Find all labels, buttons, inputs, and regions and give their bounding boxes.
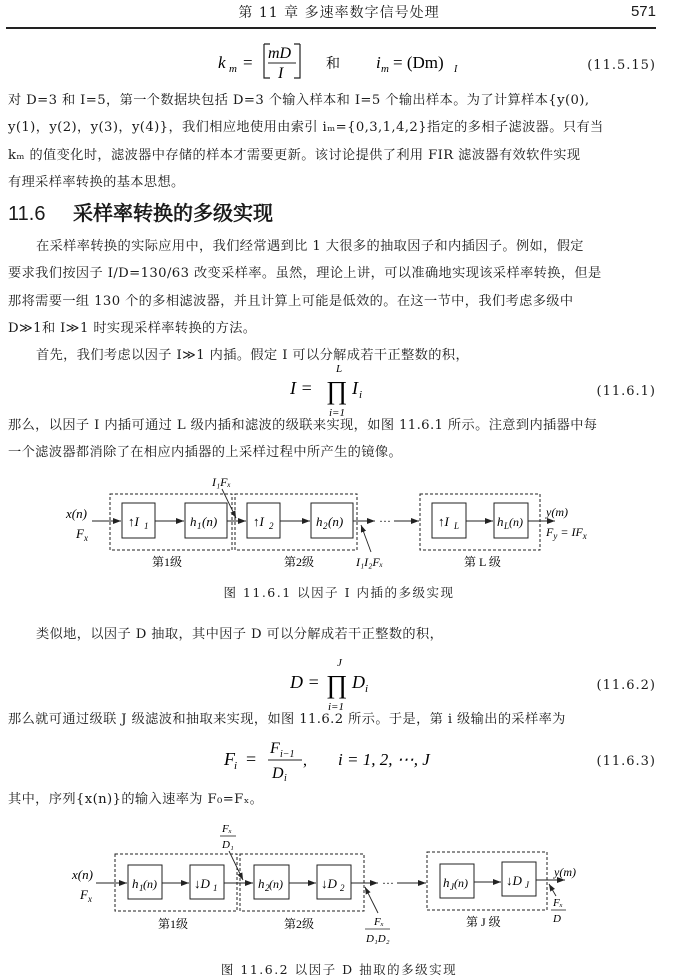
svg-text:(n): (n) <box>143 877 157 891</box>
svg-text:↓D: ↓D <box>506 873 523 888</box>
svg-text:I: I <box>453 64 458 75</box>
paragraph-intro-multistage: 在采样率转换的实际应用中，我们经常遇到比 1 大很多的抽取因子和内插因子。例如，… <box>8 233 656 342</box>
fig1-rate-after-stage1: I₁Fₓ <box>211 475 231 489</box>
svg-text:h: h <box>316 514 323 529</box>
svg-text:↓D: ↓D <box>321 876 338 891</box>
svg-text:h: h <box>258 876 265 891</box>
svg-text:↑I: ↑I <box>253 514 265 529</box>
fig1-stage1-label: 第1级 <box>152 555 182 569</box>
svg-text:(n): (n) <box>202 514 217 529</box>
equation-number-11-6-3: (11.6.3) <box>597 754 657 769</box>
svg-text:mD: mD <box>268 45 292 62</box>
svg-text:,: , <box>303 752 307 769</box>
svg-text:m: m <box>229 63 237 75</box>
fig1-ellipsis: ··· <box>379 514 391 528</box>
fig2-rate-after-stage2-num: Fₓ <box>373 916 384 928</box>
fig2-output-rate-den: D <box>552 913 561 925</box>
svg-text:(n): (n) <box>509 515 523 529</box>
svg-text:I =: I = <box>290 378 313 398</box>
svg-text:h: h <box>132 876 139 891</box>
fig2-stage1-label: 第1级 <box>158 917 188 931</box>
section-title: 采样率转换的多级实现 <box>73 201 273 225</box>
text-line: 一个滤波器都消除了在相应内插器的上采样过程中所产生的镜像。 <box>8 439 656 466</box>
figure-11-6-2-diagram: x(n) F x h 1 (n) ↓D 1 第1级 Fₓ D₁ h 2 (n) … <box>0 815 678 955</box>
fig2-rate-after-stage1-den: D₁ <box>221 839 234 851</box>
figure-11-6-1-caption: 图 11.6.1 以因子 I 内插的多级实现 <box>0 583 678 601</box>
fig2-output-rate-num: Fₓ <box>552 897 563 909</box>
svg-text:=: = <box>246 749 256 769</box>
paragraph-polyphase-indexing: 对 D=3 和 I=5，第一个数据块包括 D=3 个输入样本和 I=5 个输出样… <box>8 87 656 196</box>
svg-text:F: F <box>269 740 280 757</box>
text-line: 有理采样率转换的基本思想。 <box>8 169 656 196</box>
text-line: y(1)，y(2)，y(3)，y(4)}，我们相应地使用由索引 iₘ={0,3,… <box>8 114 656 141</box>
svg-text:h: h <box>443 875 450 890</box>
svg-text:h: h <box>497 514 504 529</box>
svg-text:= (Dm): = (Dm) <box>393 53 444 72</box>
fig2-input-label: x(n) <box>71 867 93 882</box>
svg-text:↑I: ↑I <box>128 514 140 529</box>
fig2-rate-after-stage1-num: Fₓ <box>221 823 232 835</box>
text-line: 那么就可通过级联 J 级滤波和抽取来实现，如图 11.6.2 所示。于是，第 i… <box>8 706 656 733</box>
fig2-output-label: y(m) <box>553 865 576 879</box>
text-line: 类似地，以因子 D 抽取，其中因子 D 可以分解成若干正整数的积， <box>8 621 656 648</box>
text-line: 其中，序列{x(n)}的输入速率为 F₀=Fₓ。 <box>8 786 656 813</box>
svg-text:i: i <box>284 773 287 784</box>
svg-text:k: k <box>218 53 226 72</box>
text-line: 在采样率转换的实际应用中，我们经常遇到比 1 大很多的抽取因子和内插因子。例如，… <box>8 233 656 260</box>
equation-number-11-5-15: (11.5.15) <box>587 58 656 73</box>
svg-text:1: 1 <box>213 883 218 893</box>
svg-text:i = 1, 2, ⋯, J: i = 1, 2, ⋯, J <box>338 750 431 769</box>
svg-text:(n): (n) <box>328 514 343 529</box>
equation-number-11-6-2: (11.6.2) <box>597 678 657 693</box>
svg-text:∏: ∏ <box>326 376 347 405</box>
svg-text:i−1: i−1 <box>280 749 295 760</box>
svg-text:m: m <box>381 63 389 75</box>
section-heading: 11.6 采样率转换的多级实现 <box>8 197 273 226</box>
equation-11-5-15-math: k m = mD I 和 i m = (Dm) I <box>200 38 500 90</box>
text-line: 那将需要一组 130 个的多相滤波器，并且计算上可能是低效的。在这一节中，我们考… <box>8 288 656 315</box>
svg-text:x: x <box>83 533 88 543</box>
svg-text:x: x <box>87 894 92 904</box>
header-rule <box>6 27 656 29</box>
fig2-stageJ-label: 第 J 级 <box>466 915 501 929</box>
fig1-stageL-label: 第 L 级 <box>464 555 501 569</box>
equation-number-11-6-1: (11.6.1) <box>597 384 657 399</box>
svg-text:2: 2 <box>269 521 274 531</box>
svg-text:i: i <box>359 389 362 401</box>
text-line: 对 D=3 和 I=5，第一个数据块包括 D=3 个输入样本和 I=5 个输出样… <box>8 87 656 114</box>
fig1-stage2-label: 第2级 <box>284 555 314 569</box>
fig1-rate-after-stage2: I₁I₂Fₓ <box>355 555 383 569</box>
section-number: 11.6 <box>8 203 45 225</box>
svg-text:∏: ∏ <box>326 670 347 699</box>
fig2-ellipsis: ··· <box>382 876 394 890</box>
fig1-input-label: x(n) <box>65 506 87 521</box>
fig2-rate-after-stage2-den: D₁D₂ <box>365 933 390 945</box>
running-header-chapter-title: 第 11 章 多速率数字信号处理 <box>0 2 678 22</box>
svg-text:D =: D = <box>290 672 320 692</box>
fig1-output-rate: Fy = IFx <box>545 525 587 541</box>
paragraph-interpolation-cascade: 那么，以因子 I 内插可通过 L 级内插和滤波的级联来实现，如图 11.6.1 … <box>8 412 656 467</box>
svg-text:J: J <box>337 658 343 669</box>
svg-text:和: 和 <box>326 56 340 72</box>
fig1-output-label: y(m) <box>545 505 568 519</box>
svg-text:I: I <box>277 65 284 82</box>
svg-text:↑I: ↑I <box>438 514 450 529</box>
svg-text:L: L <box>453 521 459 531</box>
svg-text:i: i <box>234 760 237 772</box>
svg-text:↓D: ↓D <box>194 876 211 891</box>
svg-text:D: D <box>271 765 284 782</box>
svg-text:1: 1 <box>197 521 202 531</box>
figure-11-6-2-caption: 图 11.6.2 以因子 D 抽取的多级实现 <box>0 960 678 975</box>
svg-text:1: 1 <box>144 521 149 531</box>
fig2-stage2-label: 第2级 <box>284 917 314 931</box>
svg-text:(n): (n) <box>454 876 468 890</box>
svg-text:=: = <box>243 53 253 72</box>
text-line: 要求我们按因子 I/D=130/63 改变采样率。虽然，理论上讲，可以准确地实现… <box>8 260 656 287</box>
text-line: kₘ 的值变化时，滤波器中存储的样本才需要更新。该讨论提供了利用 FIR 滤波器… <box>8 142 656 169</box>
svg-text:h: h <box>190 514 197 529</box>
figure-11-6-1-diagram: x(n) F x ↑I 1 h 1 (n) 第1级 I₁Fₓ ↑I 2 h 2 … <box>0 465 678 575</box>
page-number: 571 <box>631 3 656 20</box>
svg-text:I: I <box>351 378 359 398</box>
svg-text:D: D <box>351 672 365 692</box>
text-line: 那么，以因子 I 内插可通过 L 级内插和滤波的级联来实现，如图 11.6.1 … <box>8 412 656 439</box>
svg-text:(n): (n) <box>269 877 283 891</box>
equation-11-6-3-math: F i = F i−1 D i , i = 1, 2, ⋯, J <box>220 735 440 785</box>
paragraph-decimation-factor: 类似地，以因子 D 抽取，其中因子 D 可以分解成若干正整数的积， <box>8 621 656 648</box>
svg-text:2: 2 <box>340 883 345 893</box>
text-line: D≫1和 I≫1 时实现采样率转换的方法。 <box>8 315 656 342</box>
paragraph-input-rate: 其中，序列{x(n)}的输入速率为 F₀=Fₓ。 <box>8 786 656 813</box>
equation-11-6-3: F i = F i−1 D i , i = 1, 2, ⋯, J <box>220 735 440 790</box>
svg-text:L: L <box>335 363 342 375</box>
svg-text:i: i <box>365 683 368 695</box>
paragraph-decimation-cascade: 那么就可通过级联 J 级滤波和抽取来实现，如图 11.6.2 所示。于是，第 i… <box>8 706 656 733</box>
